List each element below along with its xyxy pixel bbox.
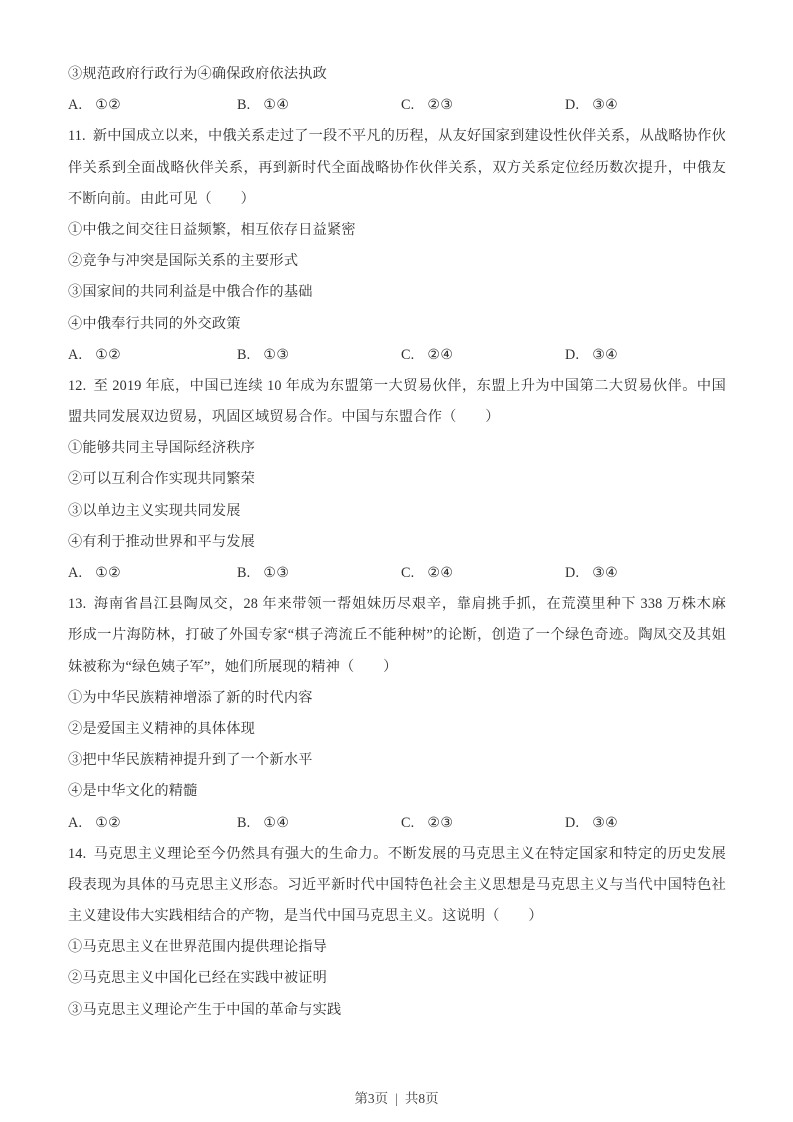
- question-stem-line: 盟共同发展双边贸易，巩固区域贸易合作。中国与东盟合作（ ）: [68, 402, 726, 433]
- stem-text: 马克思主义理论至今仍然具有强大的生命力。不断发展的马克思主义在特定国家和特定的历…: [68, 846, 726, 870]
- item-line: ①马克思主义在世界范围内提供理论指导: [68, 932, 726, 963]
- question-stem-line: 形成一片海防林，打破了外国专家“棋子湾流丘不能种树”的论断，创造了一个绿色奇迹。…: [68, 620, 726, 651]
- option-c: C.②③: [401, 90, 565, 121]
- option-a: A.①②: [68, 808, 237, 839]
- question-stem-line: 12.至 2019 年底，中国已连续 10 年成为东盟第一大贸易伙伴，东盟上升为…: [68, 371, 726, 402]
- option-value: ①④: [263, 815, 289, 831]
- option-value: ①②: [95, 347, 121, 363]
- question-stem-line: 妹被称为“绿色姨子军”，她们所展现的精神（ ）: [68, 652, 726, 683]
- question-number: 14.: [68, 846, 86, 862]
- question-stem-line: 段表现为具体的马克思主义形态。习近平新时代中国特色社会主义思想是马克思主义与当代…: [68, 870, 726, 901]
- page-footer: 第3页|共8页: [0, 1089, 793, 1109]
- question-number: 12.: [68, 378, 86, 394]
- question-stem-line: 11.新中国成立以来，中俄关系走过了一段不平凡的历程，从友好国家到建设性伙伴关系…: [68, 121, 726, 152]
- item-line: ②可以互利合作实现共同繁荣: [68, 464, 726, 495]
- option-c: C.②④: [401, 558, 565, 589]
- item-line: ①能够共同主导国际经济秩序: [68, 433, 726, 464]
- item-line: ②是爱国主义精神的具体体现: [68, 714, 726, 745]
- item-line: ④中俄奉行共同的外交政策: [68, 309, 726, 340]
- option-value: ①②: [95, 815, 121, 831]
- option-b: B.①③: [237, 558, 401, 589]
- option-label: D.: [565, 565, 579, 581]
- options-row: A.①② B.①④ C.②③ D.③④: [68, 90, 726, 121]
- option-label: B.: [237, 347, 250, 363]
- option-value: ①③: [263, 347, 289, 363]
- option-label: A.: [68, 97, 82, 113]
- option-c: C.②③: [401, 808, 565, 839]
- question-stem-line: 不断向前。由此可见（ ）: [68, 184, 726, 215]
- options-row: A.①② B.①④ C.②③ D.③④: [68, 808, 726, 839]
- option-a: A.①②: [68, 340, 237, 371]
- option-label: D.: [565, 815, 579, 831]
- question-stem-line: 14.马克思主义理论至今仍然具有强大的生命力。不断发展的马克思主义在特定国家和特…: [68, 839, 726, 870]
- option-a: A.①②: [68, 90, 237, 121]
- question-number: 13.: [68, 596, 86, 612]
- option-d: D.③④: [565, 808, 726, 839]
- option-value: ②③: [427, 815, 453, 831]
- item-line: ③马克思主义理论产生于中国的革命与实践: [68, 995, 726, 1026]
- option-b: B.①③: [237, 340, 401, 371]
- option-b: B.①④: [237, 808, 401, 839]
- option-value: ①③: [263, 565, 289, 581]
- option-value: ③④: [592, 815, 618, 831]
- footer-page-number: 第3页: [354, 1091, 388, 1106]
- option-value: ①②: [95, 565, 121, 581]
- option-label: B.: [237, 565, 250, 581]
- item-line: ①为中华民族精神增添了新的时代内容: [68, 683, 726, 714]
- option-a: A.①②: [68, 558, 237, 589]
- option-label: A.: [68, 815, 82, 831]
- stem-text: 海南省昌江县陶凤交，28 年来带领一帮姐妹历尽艰辛，靠肩挑手抓，在荒漠里种下 3…: [68, 596, 726, 620]
- stem-text: 新中国成立以来，中俄关系走过了一段不平凡的历程，从友好国家到建设性伙伴关系，从战…: [93, 128, 726, 144]
- option-value: ③④: [592, 97, 618, 113]
- question-stem-line: 伴关系到全面战略伙伴关系，再到新时代全面战略协作伙伴关系，双方关系定位经历数次提…: [68, 153, 726, 184]
- question-number: 11.: [68, 128, 86, 144]
- exam-content: ③规范政府行政行为④确保政府依法执政 A.①② B.①④ C.②③ D.③④ 1…: [68, 59, 726, 1026]
- option-d: D.③④: [565, 340, 726, 371]
- item-line: ②竞争与冲突是国际关系的主要形式: [68, 246, 726, 277]
- footer-total-pages: 共8页: [405, 1091, 439, 1106]
- option-label: D.: [565, 347, 579, 363]
- footer-separator: |: [388, 1091, 405, 1106]
- option-label: C.: [401, 815, 414, 831]
- option-b: B.①④: [237, 90, 401, 121]
- option-label: B.: [237, 815, 250, 831]
- option-value: ②③: [427, 97, 453, 113]
- option-value: ①④: [263, 97, 289, 113]
- stem-text: 至 2019 年底，中国已连续 10 年成为东盟第一大贸易伙伴，东盟上升为中国第…: [68, 378, 726, 402]
- option-value: ②④: [427, 565, 453, 581]
- item-line: ③规范政府行政行为④确保政府依法执政: [68, 59, 726, 90]
- item-line: ④是中华文化的精髓: [68, 776, 726, 807]
- option-label: C.: [401, 565, 414, 581]
- option-label: A.: [68, 565, 82, 581]
- exam-page: ③规范政府行政行为④确保政府依法执政 A.①② B.①④ C.②③ D.③④ 1…: [0, 0, 793, 1122]
- item-line: ②马克思主义中国化已经在实践中被证明: [68, 963, 726, 994]
- item-line: ③国家间的共同利益是中俄合作的基础: [68, 277, 726, 308]
- item-line: ①中俄之间交往日益频繁，相互依存日益紧密: [68, 215, 726, 246]
- option-label: D.: [565, 97, 579, 113]
- option-value: ③④: [592, 565, 618, 581]
- option-c: C.②④: [401, 340, 565, 371]
- option-value: ①②: [95, 97, 121, 113]
- option-label: C.: [401, 347, 414, 363]
- option-d: D.③④: [565, 90, 726, 121]
- item-line: ④有利于推动世界和平与发展: [68, 527, 726, 558]
- option-value: ③④: [592, 347, 618, 363]
- item-line: ③以单边主义实现共同发展: [68, 496, 726, 527]
- option-d: D.③④: [565, 558, 726, 589]
- options-row: A.①② B.①③ C.②④ D.③④: [68, 558, 726, 589]
- option-label: C.: [401, 97, 414, 113]
- options-row: A.①② B.①③ C.②④ D.③④: [68, 340, 726, 371]
- option-value: ②④: [427, 347, 453, 363]
- option-label: A.: [68, 347, 82, 363]
- item-line: ③把中华民族精神提升到了一个新水平: [68, 745, 726, 776]
- question-stem-line: 主义建设伟大实践相结合的产物，是当代中国马克思主义。这说明（ ）: [68, 901, 726, 932]
- option-label: B.: [237, 97, 250, 113]
- question-stem-line: 13.海南省昌江县陶凤交，28 年来带领一帮姐妹历尽艰辛，靠肩挑手抓，在荒漠里种…: [68, 589, 726, 620]
